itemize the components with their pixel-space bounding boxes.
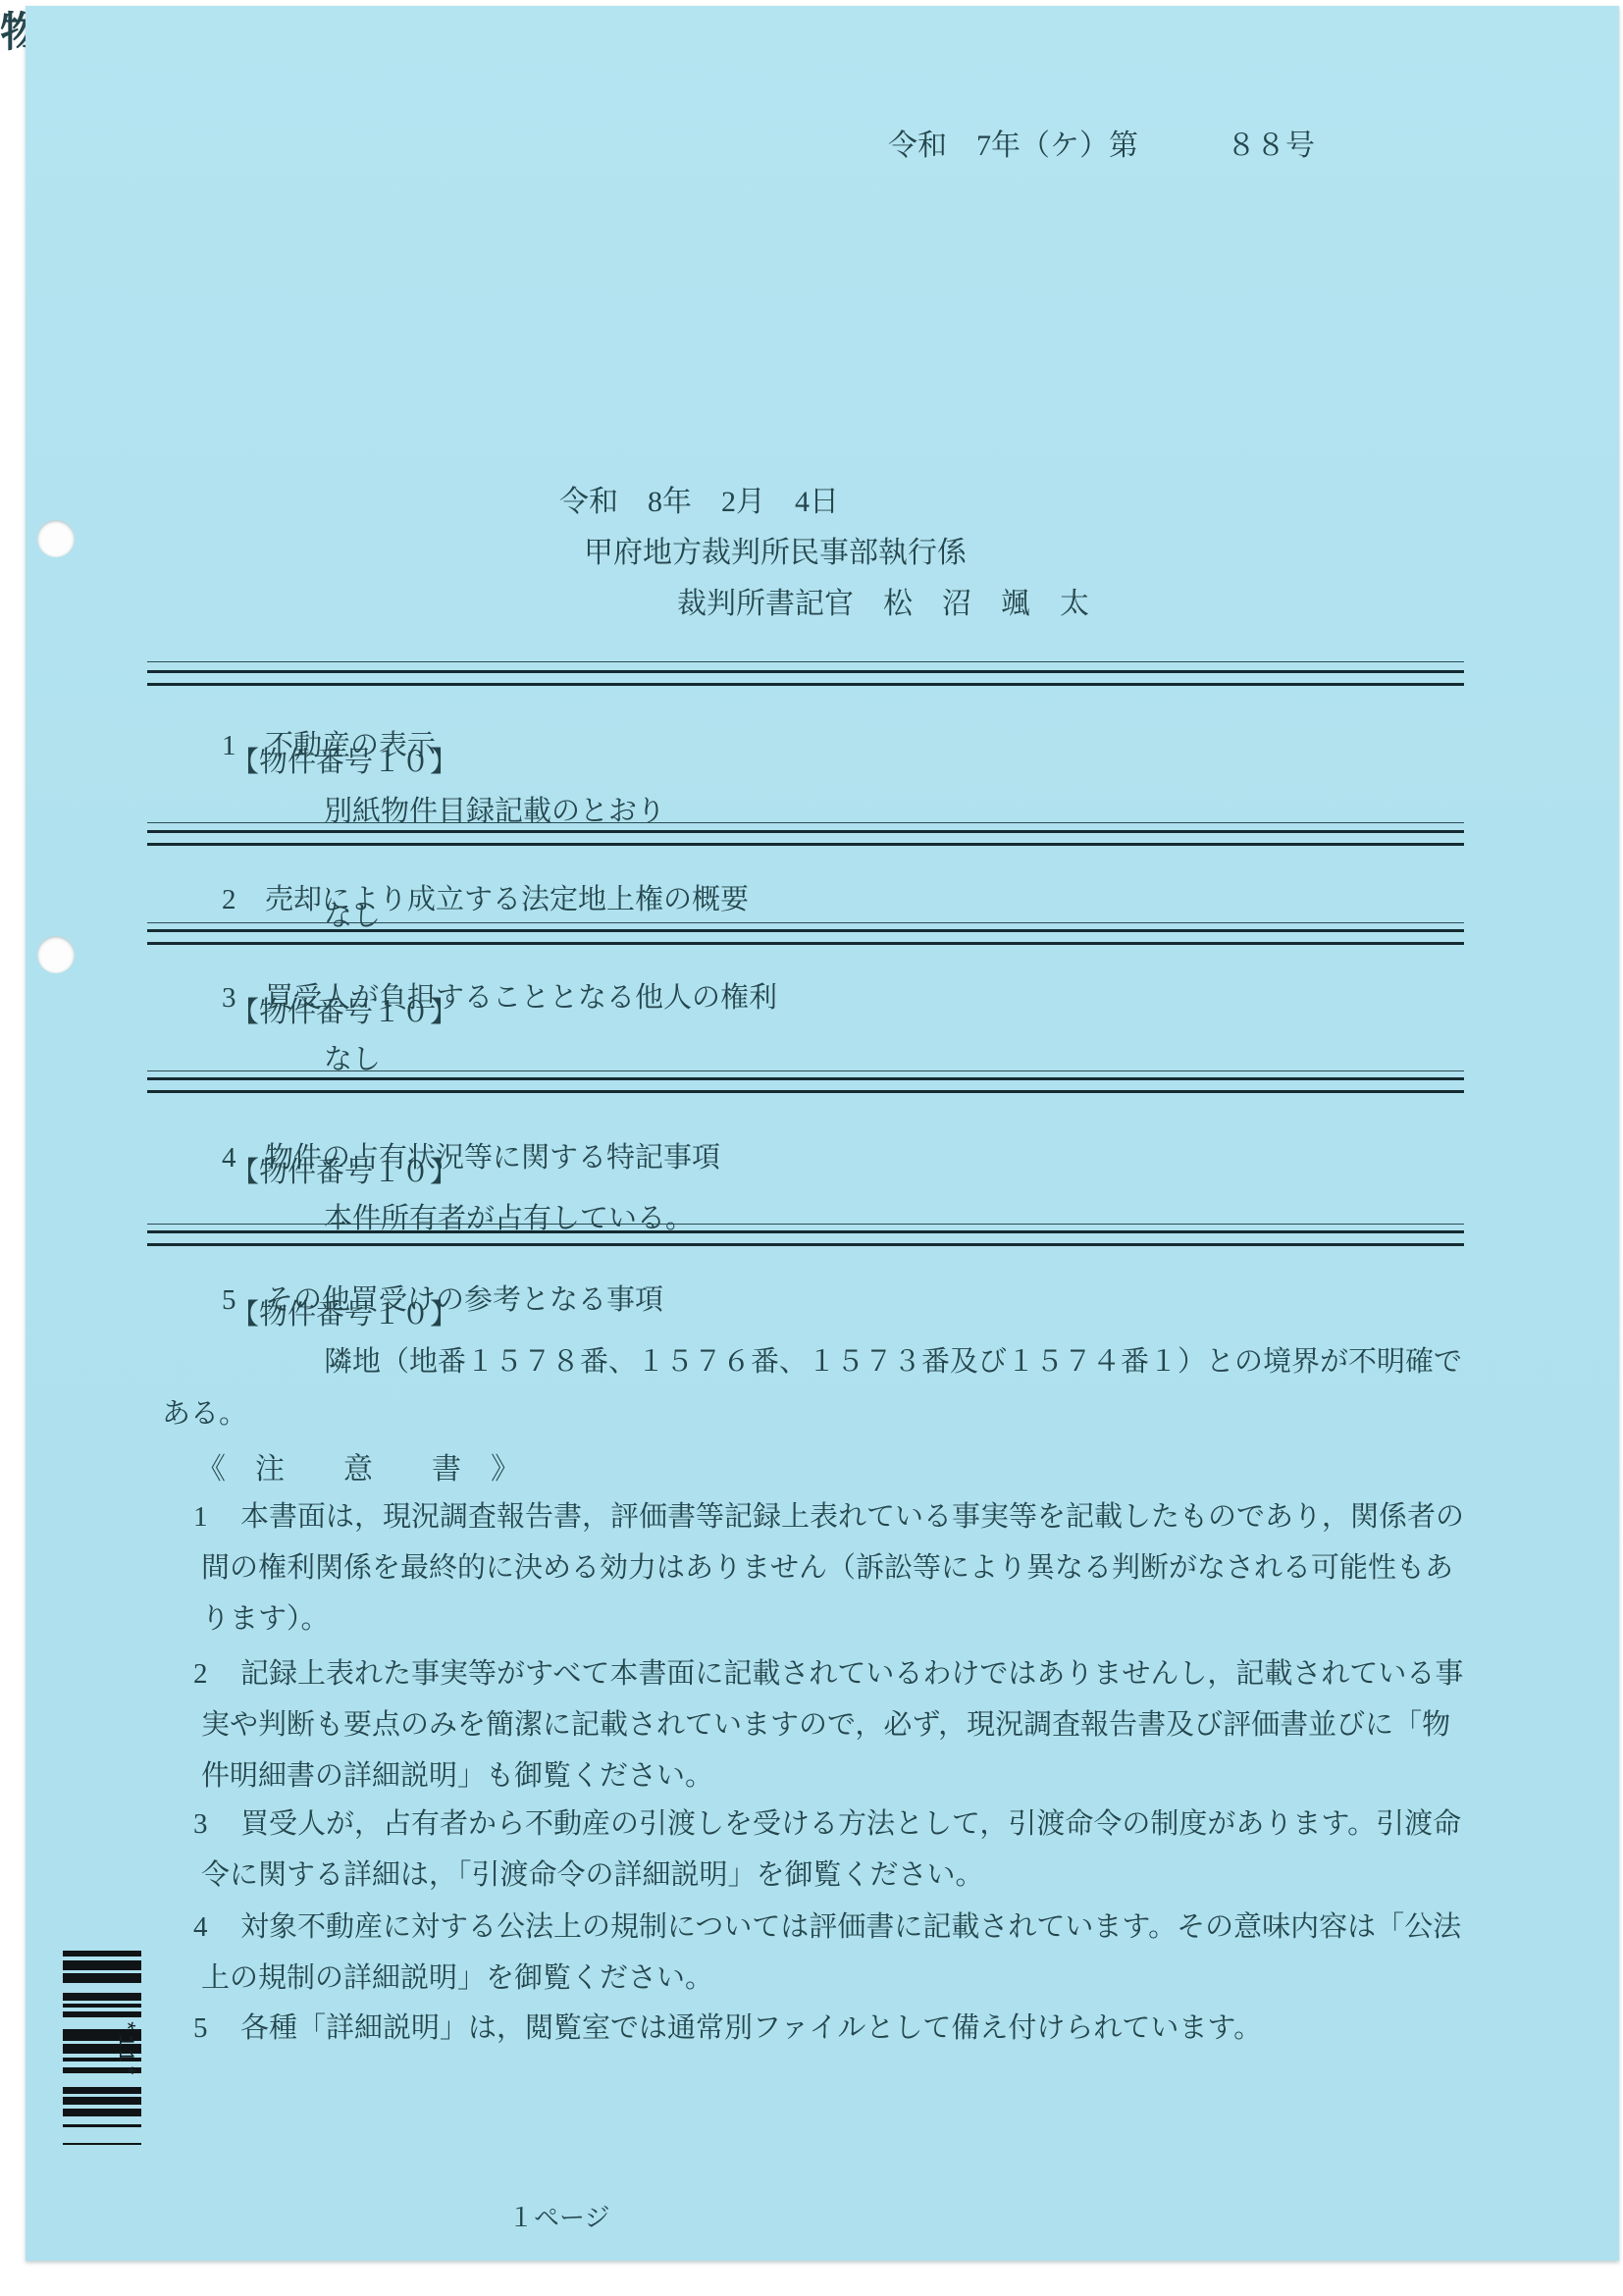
separator-thin-rule	[147, 1070, 1464, 1071]
section-3-property-number: 【物件番号１０】	[231, 990, 458, 1030]
separator-double-rule	[147, 1077, 1464, 1093]
note-number: 5	[193, 2003, 208, 2054]
separator-thin-rule	[147, 822, 1464, 823]
separator-double-rule	[147, 1230, 1464, 1246]
page-number: １ページ	[508, 2198, 609, 2234]
section-5-property-number: 【物件番号１０】	[231, 1292, 458, 1332]
note-number: 2	[193, 1648, 208, 1699]
note-number: 4	[193, 1902, 208, 1953]
note-number: 1	[193, 1491, 208, 1542]
court-office: 甲府地方裁判所民事部執行係	[584, 537, 967, 570]
scanned-court-document: 令和 7年（ケ）第 ８８号 物件明細書 令和 8年 2月 4日 甲府地方裁判所民…	[0, 0, 1623, 2296]
table-top-double-rule	[147, 670, 1464, 686]
table-top-thin-rule	[147, 661, 1464, 662]
note-text: 記録上表れた事実等がすべて本書面に記載されているわけではありませんし，記載されて…	[201, 1648, 1464, 1801]
note-text: 各種「詳細説明」は，閲覧室では通常別ファイルとして備え付けられています。	[201, 2003, 1464, 2054]
notice-item-2: 2 記録上表れた事実等がすべて本書面に記載されているわけではありませんし，記載さ…	[201, 1648, 1464, 1801]
barcode: *11*	[63, 1951, 141, 2145]
separator-double-rule	[147, 830, 1464, 846]
punch-hole-bottom	[37, 936, 75, 973]
section-2-content: なし	[324, 894, 381, 934]
section-4-property-number: 【物件番号１０】	[231, 1150, 458, 1190]
court-clerk-name: 裁判所書記官 松 沼 颯 太	[677, 588, 1089, 621]
notice-item-4: 4 対象不動産に対する公法上の規制については評価書に記載されています。その意味内…	[201, 1902, 1464, 2004]
issue-date: 令和 8年 2月 4日	[559, 486, 839, 519]
case-number: 令和 7年（ケ）第 ８８号	[888, 130, 1315, 163]
section-5-content: 隣地（地番１５７８番、１５７６番、１５７３番及び１５７４番１）との境界が不明確で…	[162, 1336, 1467, 1440]
notice-item-3: 3 買受人が，占有者から不動産の引渡しを受ける方法として，引渡命令の制度がありま…	[201, 1799, 1464, 1901]
section-1-property-number: 【物件番号１０】	[231, 740, 458, 780]
note-text: 買受人が，占有者から不動産の引渡しを受ける方法として，引渡命令の制度があります。…	[201, 1799, 1464, 1901]
note-text: 本書面は，現況調査報告書，評価書等記録上表れている事実等を記載したものであり，関…	[201, 1491, 1464, 1644]
notice-item-1: 1 本書面は，現況調査報告書，評価書等記録上表れている事実等を記載したものであり…	[201, 1491, 1464, 1644]
notice-item-5: 5 各種「詳細説明」は，閲覧室では通常別ファイルとして備え付けられています。	[201, 2003, 1464, 2054]
barcode-label: *11*	[113, 2019, 137, 2079]
punch-hole-top	[37, 520, 75, 557]
separator-thin-rule	[147, 922, 1464, 923]
note-text: 対象不動産に対する公法上の規制については評価書に記載されています。その意味内容は…	[201, 1902, 1464, 2004]
note-number: 3	[193, 1799, 208, 1850]
notice-heading: 《 注 意 書 》	[196, 1444, 520, 1487]
section-number: 2	[222, 884, 237, 916]
separator-thin-rule	[147, 1224, 1464, 1225]
